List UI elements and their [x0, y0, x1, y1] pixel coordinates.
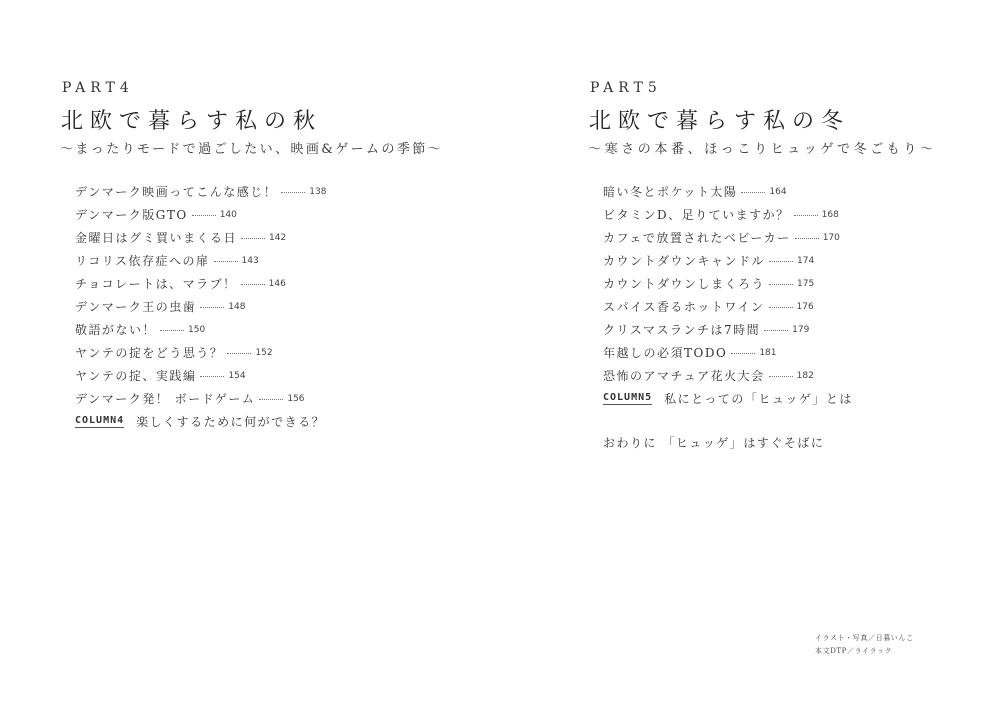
page-number: 170	[823, 233, 840, 243]
toc-entry[interactable]: 金曜日はグミ買いまくる日142	[75, 226, 326, 249]
leader-dots	[200, 307, 224, 308]
page-number: 154	[228, 371, 245, 381]
left-page: PART4 北欧で暮らす私の秋 〜まったりモードで過ごしたい、映画&ゲームの季節…	[0, 0, 500, 723]
toc-entry[interactable]: カウントダウンキャンドル174	[603, 249, 853, 272]
credits: イラスト・写真／日暮いんこ 本文DTP／ライラック	[815, 632, 914, 658]
toc-entry[interactable]: ヤンテの掟、実践編154	[75, 364, 326, 387]
leader-dots	[259, 399, 283, 400]
leader-dots	[794, 215, 818, 216]
page-number: 148	[228, 302, 245, 312]
leader-dots	[795, 238, 819, 239]
page-number: 164	[769, 187, 786, 197]
leader-dots	[769, 376, 793, 377]
page-number: 168	[822, 210, 839, 220]
leader-dots	[769, 307, 793, 308]
page-number: 181	[759, 348, 776, 358]
toc-list: デンマーク映画ってこんな感じ！138 デンマーク版GTO140 金曜日はグミ買い…	[75, 180, 326, 433]
leader-dots	[192, 215, 216, 216]
toc-entry[interactable]: カウントダウンしまくろう175	[603, 272, 853, 295]
closing-entry[interactable]: おわりに 「ヒュッゲ」はすぐそばに	[603, 434, 824, 451]
page-number: 143	[242, 256, 259, 266]
leader-dots	[731, 353, 755, 354]
credit-illustration: イラスト・写真／日暮いんこ	[815, 632, 914, 645]
toc-entry[interactable]: クリスマスランチは7時間179	[603, 318, 853, 341]
page-number: 152	[255, 348, 272, 358]
page-number: 176	[797, 302, 814, 312]
toc-entry[interactable]: 敬語がない！150	[75, 318, 326, 341]
leader-dots	[214, 261, 238, 262]
toc-entry[interactable]: デンマーク映画ってこんな感じ！138	[75, 180, 326, 203]
part-title: 北欧で暮らす私の冬	[589, 104, 850, 135]
toc-entry[interactable]: 暗い冬とポケット太陽164	[603, 180, 853, 203]
page-number: 150	[188, 325, 205, 335]
page-number: 142	[269, 233, 286, 243]
toc-entry[interactable]: ビタミンD、足りていますか？168	[603, 203, 853, 226]
leader-dots	[764, 330, 788, 331]
toc-entry[interactable]: スパイス香るホットワイン176	[603, 295, 853, 318]
leader-dots	[160, 330, 184, 331]
leader-dots	[241, 238, 265, 239]
toc-entry[interactable]: 年越しの必須TODO181	[603, 341, 853, 364]
toc-column-entry[interactable]: COLUMN5私にとっての「ヒュッゲ」とは	[603, 387, 853, 410]
toc-entry[interactable]: デンマーク版GTO140	[75, 203, 326, 226]
part-title: 北欧で暮らす私の秋	[61, 104, 322, 135]
part-subtitle: 〜まったりモードで過ごしたい、映画&ゲームの季節〜	[60, 138, 443, 157]
leader-dots	[241, 284, 265, 285]
leader-dots	[769, 261, 793, 262]
credit-dtp: 本文DTP／ライラック	[815, 645, 914, 658]
toc-entry[interactable]: リコリス依存症への扉143	[75, 249, 326, 272]
toc-entry[interactable]: デンマーク発！ ボードゲーム156	[75, 387, 326, 410]
part-label: PART5	[590, 80, 662, 96]
page-number: 146	[269, 279, 286, 289]
page-number: 175	[797, 279, 814, 289]
column-tag: COLUMN5	[603, 392, 652, 405]
leader-dots	[281, 192, 305, 193]
page-number: 156	[287, 394, 304, 404]
leader-dots	[200, 376, 224, 377]
part-label: PART4	[62, 80, 134, 96]
page-number: 138	[309, 187, 326, 197]
toc-entry[interactable]: ヤンテの掟をどう思う？152	[75, 341, 326, 364]
page-number: 174	[797, 256, 814, 266]
toc-entry[interactable]: チョコレートは、マラブ！146	[75, 272, 326, 295]
leader-dots	[769, 284, 793, 285]
part-subtitle: 〜寒さの本番、ほっこりヒュッゲで冬ごもり〜	[588, 138, 937, 157]
column-title: 私にとっての「ヒュッゲ」とは	[664, 390, 853, 407]
column-tag: COLUMN4	[75, 415, 124, 428]
leader-dots	[741, 192, 765, 193]
toc-entry[interactable]: 恐怖のアマチュア花火大会182	[603, 364, 853, 387]
toc-entry[interactable]: デンマーク王の虫歯148	[75, 295, 326, 318]
page-number: 182	[797, 371, 814, 381]
toc-entry[interactable]: カフェで放置されたベビーカー170	[603, 226, 853, 249]
column-title: 楽しくするために何ができる？	[136, 413, 325, 430]
toc-list: 暗い冬とポケット太陽164 ビタミンD、足りていますか？168 カフェで放置され…	[603, 180, 853, 410]
toc-column-entry[interactable]: COLUMN4楽しくするために何ができる？	[75, 410, 326, 433]
page-number: 140	[220, 210, 237, 220]
leader-dots	[227, 353, 251, 354]
page-number: 179	[792, 325, 809, 335]
right-page: PART5 北欧で暮らす私の冬 〜寒さの本番、ほっこりヒュッゲで冬ごもり〜 暗い…	[500, 0, 1000, 723]
